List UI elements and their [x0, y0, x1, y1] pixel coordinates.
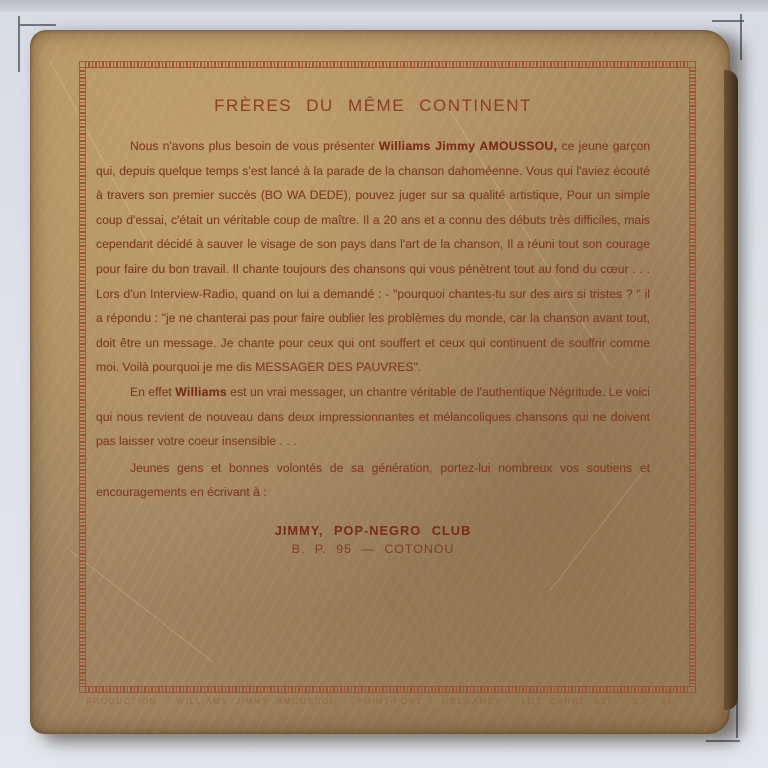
pencil-corner-mark-top-left-v: [18, 16, 20, 72]
pencil-corner-mark-top-left-h: [20, 24, 56, 26]
border-left: [80, 67, 85, 687]
background-top-strip: [0, 0, 768, 12]
border-bottom: [85, 687, 690, 692]
border-top: [85, 62, 690, 67]
document-title: FRÈRES DU MÊME CONTINENT: [96, 96, 650, 116]
postal-box: B. P. 95 — COTONOU: [96, 542, 650, 556]
fan-club-name: JIMMY, POP-NEGRO CLUB: [96, 523, 650, 538]
artist-first-name: Williams: [175, 385, 227, 399]
paragraph-1-text-a: Nous n'avons plus besoin de vous présent…: [130, 139, 379, 153]
contact-address: JIMMY, POP-NEGRO CLUB B. P. 95 — COTONOU: [96, 523, 650, 556]
artist-name: Williams Jimmy AMOUSSOU,: [379, 139, 557, 153]
paragraph-3-text: Jeunes gens et bonnes volontés de sa gén…: [96, 461, 650, 500]
paragraph-1-text-b: ce jeune garçon qui, depuis quelque temp…: [96, 139, 650, 374]
liner-notes: FRÈRES DU MÊME CONTINENT Nous n'avons pl…: [96, 86, 650, 556]
paragraph-2: En effet Williams est un vrai messager, …: [96, 380, 650, 454]
production-credit: PRODUCTION : WILLIAMS JIMMY AMOUSSOU · P…: [86, 696, 686, 706]
paragraph-3: Jeunes gens et bonnes volontés de sa gén…: [96, 456, 650, 505]
border-right: [690, 67, 695, 687]
paragraph-1: Nous n'avons plus besoin de vous présent…: [96, 134, 650, 380]
paragraph-2-text-a: En effet: [130, 385, 175, 399]
